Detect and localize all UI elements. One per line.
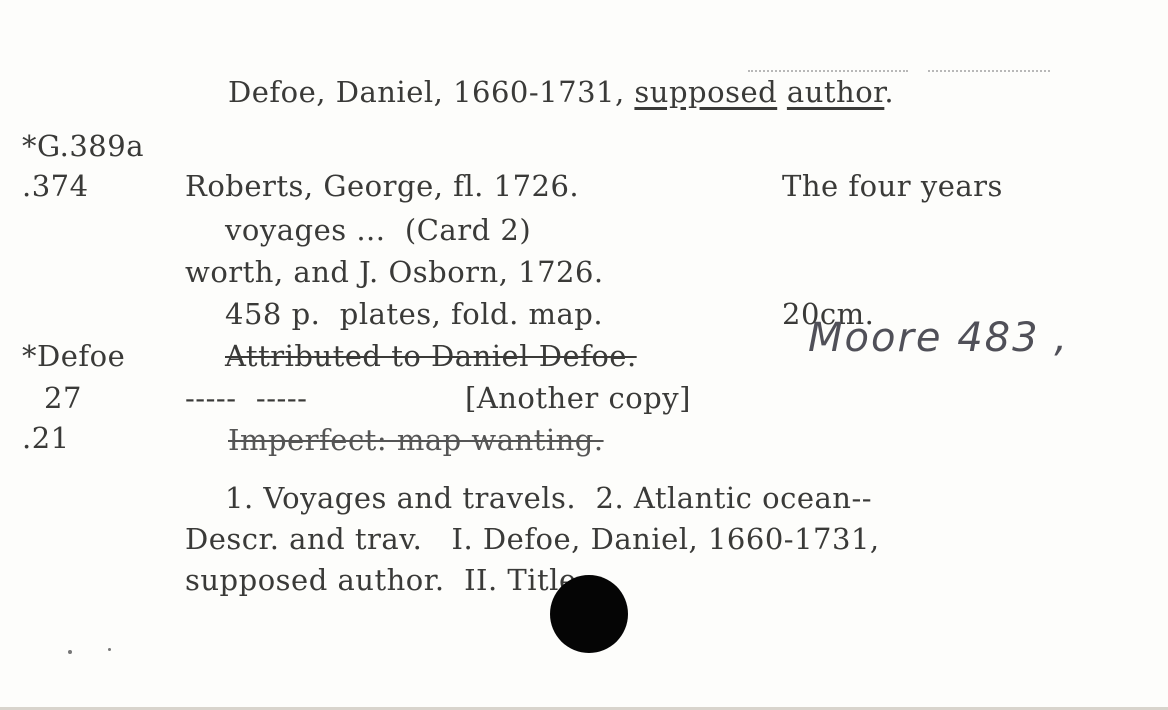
tracing-line3: supposed author. II. Title. — [185, 566, 586, 595]
imprint: worth, and J. Osborn, 1726. — [185, 258, 604, 287]
call-number-line1: *G.389a — [22, 132, 144, 161]
call-number-line5: .21 — [22, 424, 70, 453]
punched-hole — [550, 575, 628, 653]
heading-entry: Defoe, Daniel, 1660-1731, supposed autho… — [228, 78, 894, 107]
main-entry-author: Roberts, George, fl. 1726. — [185, 172, 579, 201]
heading-underlined-supposed: supposed — [634, 75, 777, 109]
catalog-card: Defoe, Daniel, 1660-1731, supposed autho… — [0, 0, 1168, 710]
speck — [108, 648, 111, 651]
another-copy-note: [Another copy] — [465, 384, 691, 413]
speck — [68, 650, 72, 654]
title-continuation: voyages ... (Card 2) — [225, 216, 531, 245]
collation: 458 p. plates, fold. map. — [225, 300, 603, 329]
call-number-line4: 27 — [44, 384, 82, 413]
struck-attribution-note: Attributed to Daniel Defoe. — [225, 342, 637, 371]
heading-underlined-author: author — [787, 75, 884, 109]
dash-placeholder: ----- ----- — [185, 384, 307, 413]
tracing-line1: 1. Voyages and travels. 2. Atlantic ocea… — [225, 484, 872, 513]
call-number-line2: .374 — [22, 172, 89, 201]
heading-name: Defoe, Daniel, 1660-1731, — [228, 75, 625, 109]
title-start: The four years — [782, 172, 1003, 201]
struck-imperfect-note: Imperfect: map wanting. — [228, 426, 604, 455]
faint-dotted-mark — [748, 70, 908, 72]
heading-period: . — [884, 75, 894, 109]
tracing-line2: Descr. and trav. I. Defoe, Daniel, 1660-… — [185, 525, 880, 554]
call-number-line3: *Defoe — [22, 342, 125, 371]
handwritten-annotation: Moore 483 , — [808, 318, 1069, 358]
faint-dotted-mark — [928, 70, 1050, 72]
